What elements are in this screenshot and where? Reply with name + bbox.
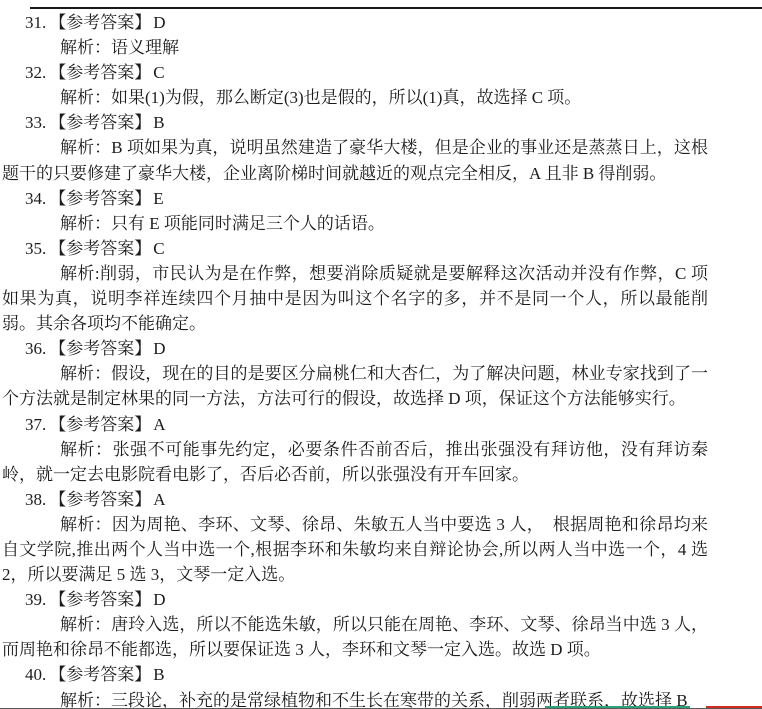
analysis-paragraph: 解析：唐玲入选，所以不能选朱敏，所以只能在周艳、李环、文琴、徐昂当中选 3 人，… bbox=[2, 612, 708, 662]
answer-item: 36.【参考答案】D 解析：假设，现在的目的是要区分扁桃仁和大杏仁，为了解决问题… bbox=[2, 336, 708, 411]
answer-line: 35.【参考答案】C bbox=[2, 236, 708, 261]
answer-label: 【参考答案】 bbox=[49, 415, 151, 434]
analysis-paragraph: 解析：因为周艳、李环、文琴、徐昂、朱敏五人当中要选 3 人， 根据周艳和徐昂均来… bbox=[2, 512, 708, 587]
question-number: 36. bbox=[25, 339, 46, 358]
answer-item: 38.【参考答案】A 解析：因为周艳、李环、文琴、徐昂、朱敏五人当中要选 3 人… bbox=[2, 487, 708, 587]
bottom-red-underline bbox=[706, 706, 762, 708]
analysis-paragraph: 解析：语义理解 bbox=[2, 35, 708, 60]
question-number: 38. bbox=[25, 490, 46, 509]
answer-label: 【参考答案】 bbox=[49, 239, 151, 258]
question-number: 39. bbox=[25, 590, 46, 609]
answer-letter: D bbox=[153, 13, 166, 32]
answer-item: 35.【参考答案】C 解析:削弱，市民认为是在作弊，想要消除质疑就是要解释这次活… bbox=[2, 236, 708, 336]
analysis-paragraph: 解析：B 项如果为真，说明虽然建造了豪华大楼，但是企业的事业还是蒸蒸日上，这根题… bbox=[2, 135, 708, 185]
answer-item: 39.【参考答案】D 解析：唐玲入选，所以不能选朱敏，所以只能在周艳、李环、文琴… bbox=[2, 587, 708, 662]
answer-letter: C bbox=[153, 63, 165, 82]
answer-letter: D bbox=[153, 590, 166, 609]
answer-item: 40.【参考答案】B 解析：三段论，补充的是常绿植物和不生长在寒带的关系，削弱两… bbox=[2, 662, 708, 709]
question-number: 35. bbox=[25, 239, 46, 258]
answer-label: 【参考答案】 bbox=[49, 665, 151, 684]
answer-label: 【参考答案】 bbox=[49, 13, 151, 32]
answer-letter: C bbox=[153, 239, 165, 258]
answer-line: 33.【参考答案】B bbox=[2, 110, 708, 135]
bottom-green-underline bbox=[545, 706, 690, 708]
answer-item: 32.【参考答案】C 解析：如果(1)为假，那么断定(3)也是假的，所以(1)真… bbox=[2, 60, 708, 110]
answer-label: 【参考答案】 bbox=[49, 63, 151, 82]
answer-letter: D bbox=[153, 339, 166, 358]
analysis-paragraph: 解析：张强不可能事先约定，必要条件否前否后，推出张强没有拜访他，没有拜访秦岭，就… bbox=[2, 437, 708, 487]
answer-list: 31.【参考答案】D 解析：语义理解 32.【参考答案】C 解析：如果(1)为假… bbox=[0, 10, 762, 709]
answer-line: 34.【参考答案】E bbox=[2, 186, 708, 211]
question-number: 33. bbox=[25, 113, 46, 132]
answer-line: 32.【参考答案】C bbox=[2, 60, 708, 85]
answer-label: 【参考答案】 bbox=[49, 490, 151, 509]
answer-letter: E bbox=[153, 189, 164, 208]
analysis-paragraph: 解析:削弱，市民认为是在作弊，想要消除质疑就是要解释这次活动并没有作弊，C 项如… bbox=[2, 261, 708, 336]
analysis-paragraph: 解析：如果(1)为假，那么断定(3)也是假的，所以(1)真，故选择 C 项。 bbox=[2, 85, 708, 110]
top-rule bbox=[30, 7, 762, 9]
answer-item: 31.【参考答案】D 解析：语义理解 bbox=[2, 10, 708, 60]
answer-letter: A bbox=[153, 490, 166, 509]
question-number: 32. bbox=[25, 63, 46, 82]
answer-label: 【参考答案】 bbox=[49, 339, 151, 358]
analysis-paragraph: 解析：只有 E 项能同时满足三个人的话语。 bbox=[2, 211, 708, 236]
answer-letter: B bbox=[153, 113, 165, 132]
answer-label: 【参考答案】 bbox=[49, 590, 151, 609]
answer-label: 【参考答案】 bbox=[49, 113, 151, 132]
answer-line: 31.【参考答案】D bbox=[2, 10, 708, 35]
answer-line: 39.【参考答案】D bbox=[2, 587, 708, 612]
answer-line: 36.【参考答案】D bbox=[2, 336, 708, 361]
answer-item: 33.【参考答案】B 解析：B 项如果为真，说明虽然建造了豪华大楼，但是企业的事… bbox=[2, 110, 708, 185]
answer-line: 38.【参考答案】A bbox=[2, 487, 708, 512]
question-number: 31. bbox=[25, 13, 46, 32]
question-number: 34. bbox=[25, 189, 46, 208]
analysis-paragraph: 解析：假设，现在的目的是要区分扁桃仁和大杏仁，为了解决问题，林业专家找到了一个方… bbox=[2, 361, 708, 411]
answer-label: 【参考答案】 bbox=[49, 189, 151, 208]
answer-line: 40.【参考答案】B bbox=[2, 662, 708, 687]
answer-letter: B bbox=[153, 665, 165, 684]
question-number: 37. bbox=[25, 415, 46, 434]
answer-letter: A bbox=[153, 415, 166, 434]
answer-line: 37.【参考答案】A bbox=[2, 412, 708, 437]
question-number: 40. bbox=[25, 665, 46, 684]
answer-item: 34.【参考答案】E 解析：只有 E 项能同时满足三个人的话语。 bbox=[2, 186, 708, 236]
answer-item: 37.【参考答案】A 解析：张强不可能事先约定，必要条件否前否后，推出张强没有拜… bbox=[2, 412, 708, 487]
